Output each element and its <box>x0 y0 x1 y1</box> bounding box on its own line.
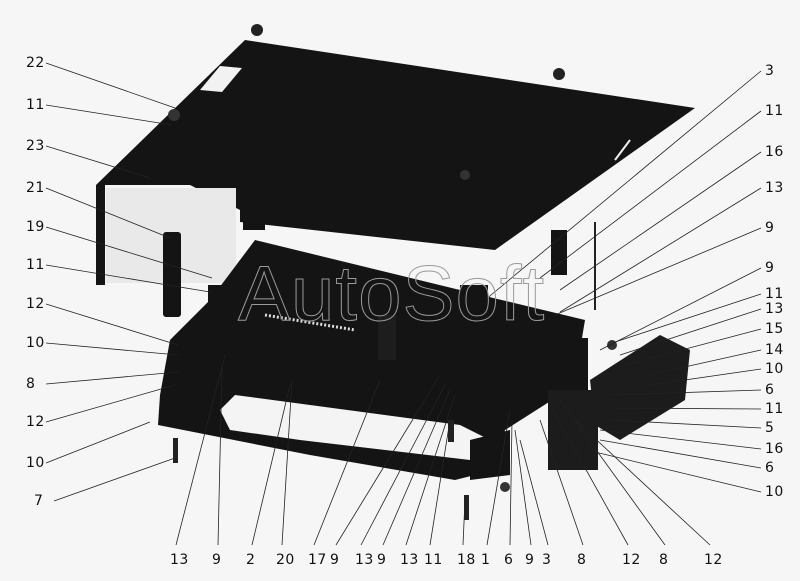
callout-label: 5 <box>765 421 774 435</box>
callout-label: 12 <box>26 297 45 311</box>
callout-label: 10 <box>26 456 45 470</box>
callout-label: 9 <box>330 553 339 567</box>
callout-label: 9 <box>765 261 774 275</box>
motor <box>590 335 690 440</box>
callout-label: 6 <box>765 461 774 475</box>
callout-label: 9 <box>212 553 221 567</box>
callout-label: 11 <box>765 402 784 416</box>
callout-label: 11 <box>765 104 784 118</box>
callout-label: 14 <box>765 343 784 357</box>
callout-label: 11 <box>765 287 784 301</box>
callout-label: 13 <box>765 302 784 316</box>
callout-label: 22 <box>26 56 45 70</box>
callout-label: 15 <box>765 322 784 336</box>
callout-label: 2 <box>246 553 255 567</box>
callout-label: 10 <box>765 485 784 499</box>
callout-label: 8 <box>659 553 668 567</box>
callout-label: 17 <box>308 553 327 567</box>
callout-label: 3 <box>765 64 774 78</box>
watermark: AutoSoft <box>238 248 545 339</box>
callout-label: 20 <box>276 553 295 567</box>
callout-label: 19 <box>26 220 45 234</box>
callout-label: 12 <box>26 415 45 429</box>
callout-label: 13 <box>400 553 419 567</box>
callout-label: 8 <box>577 553 586 567</box>
callout-label: 11 <box>424 553 443 567</box>
callout-label: 3 <box>542 553 551 567</box>
callout-label: 13 <box>355 553 374 567</box>
callout-label: 8 <box>26 377 35 391</box>
callout-label: 16 <box>765 145 784 159</box>
exploded-diagram: AutoSoft 2211232119111210812107311161399… <box>0 0 800 581</box>
callout-label: 12 <box>622 553 641 567</box>
callout-label: 12 <box>704 553 723 567</box>
callout-label: 9 <box>525 553 534 567</box>
callout-label: 11 <box>26 98 45 112</box>
callout-label: 6 <box>765 383 774 397</box>
callout-label: 7 <box>34 494 43 508</box>
callout-label: 18 <box>457 553 476 567</box>
callout-label: 6 <box>504 553 513 567</box>
callout-label: 9 <box>377 553 386 567</box>
callout-label: 21 <box>26 181 45 195</box>
callout-label: 1 <box>481 553 490 567</box>
callout-label: 10 <box>26 336 45 350</box>
callout-label: 9 <box>765 221 774 235</box>
callout-label: 11 <box>26 258 45 272</box>
callout-label: 16 <box>765 442 784 456</box>
callout-label: 13 <box>170 553 189 567</box>
callout-label: 23 <box>26 139 45 153</box>
callout-label: 10 <box>765 362 784 376</box>
callout-label: 13 <box>765 181 784 195</box>
